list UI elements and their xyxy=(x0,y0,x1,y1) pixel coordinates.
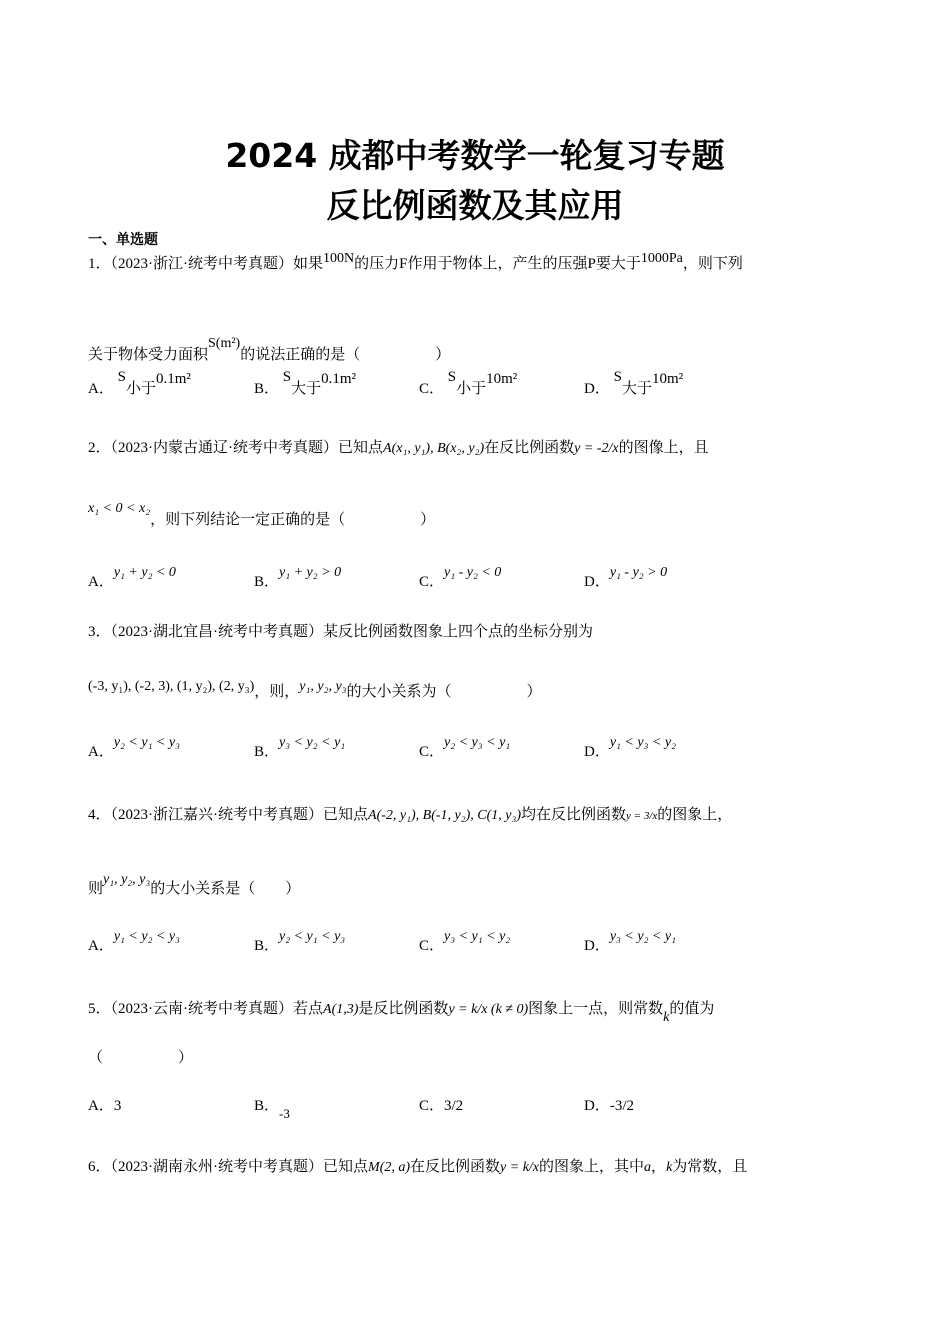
question-2-stem: 2．（2023·内蒙古通辽·统考中考真题）已知点A(x₁, y₁), B(x₂,… xyxy=(88,436,709,457)
option-1d[interactable]: D． S大于10m² xyxy=(584,367,683,388)
section-heading: 一、单选题 xyxy=(88,229,158,249)
option-5b[interactable]: B．-3 xyxy=(254,1094,290,1115)
question-3-stem-line2: (-3, y₁), (-2, 3), (1, y₂), (2, y₃)，则，y₁… xyxy=(88,680,542,701)
question-5-stem-line2: （ ） xyxy=(88,1046,193,1067)
option-4a[interactable]: A．y₁ < y₂ < y₃ xyxy=(88,924,180,945)
option-5c[interactable]: C．3/2 xyxy=(419,1094,463,1115)
question-2-stem-line2: x₁ < 0 < x₂，则下列结论一定正确的是（ ） xyxy=(88,508,435,529)
option-2d[interactable]: D．y₁ - y₂ > 0 xyxy=(584,560,667,581)
document-title-line2: 反比例函数及其应用 xyxy=(0,180,950,227)
option-1a[interactable]: A． S小于0.1m² xyxy=(88,367,191,388)
option-1b[interactable]: B． S大于0.1m² xyxy=(254,367,356,388)
question-3-stem: 3．（2023·湖北宜昌·统考中考真题）某反比例函数图象上四个点的坐标分别为 xyxy=(88,620,593,641)
option-4d[interactable]: D．y₃ < y₂ < y₁ xyxy=(584,924,676,945)
option-5d[interactable]: D．-3/2 xyxy=(584,1094,634,1115)
document-title-line1: 2024 成都中考数学一轮复习专题 xyxy=(0,130,950,177)
option-3d[interactable]: D．y₁ < y₃ < y₂ xyxy=(584,730,676,751)
question-1-stem-line2: 关于物体受力面积S(m²)的说法正确的是（ ） xyxy=(88,343,450,364)
question-4-stem-line2: 则y₁, y₂, y₃的大小关系是（ ） xyxy=(88,877,300,898)
option-4c[interactable]: C．y₃ < y₁ < y₂ xyxy=(419,924,510,945)
option-3a[interactable]: A．y₂ < y₁ < y₃ xyxy=(88,730,180,751)
option-2a[interactable]: A．y₁ + y₂ < 0 xyxy=(88,560,176,581)
option-2c[interactable]: C．y₁ - y₂ < 0 xyxy=(419,560,501,581)
option-3c[interactable]: C．y₂ < y₃ < y₁ xyxy=(419,730,510,751)
question-1-stem: 1．（2023·浙江·统考中考真题）如果100N的压力F作用于物体上，产生的压强… xyxy=(88,252,743,273)
option-1c[interactable]: C． S小于10m² xyxy=(419,367,517,388)
option-5a[interactable]: A．3 xyxy=(88,1094,121,1115)
question-6-stem: 6．（2023·湖南永州·统考中考真题）已知点M(2, a)在反比例函数y = … xyxy=(88,1155,747,1176)
question-5-stem: 5．（2023·云南·统考中考真题）若点A(1,3)是反比例函数y = k/x … xyxy=(88,997,714,1018)
option-3b[interactable]: B．y₃ < y₂ < y₁ xyxy=(254,730,345,751)
question-4-stem: 4．（2023·浙江嘉兴·统考中考真题）已知点A(-2, y₁), B(-1, … xyxy=(88,803,732,824)
option-2b[interactable]: B．y₁ + y₂ > 0 xyxy=(254,560,341,581)
option-4b[interactable]: B．y₂ < y₁ < y₃ xyxy=(254,924,345,945)
